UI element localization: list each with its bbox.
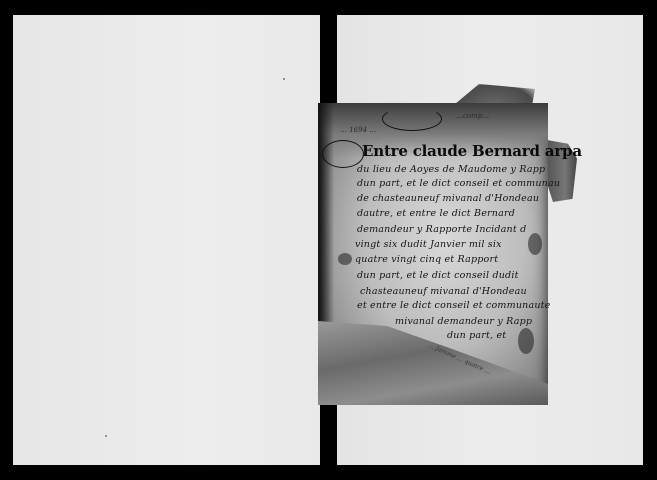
manuscript-line: dautre, et entre le dict Bernard — [357, 208, 515, 219]
torn-bottom-section — [318, 321, 548, 405]
manuscript-line: du lieu de Aoyes de Maudome y Rapp — [357, 164, 545, 175]
manuscript-title-line: Entre claude Bernard arpa — [362, 142, 582, 160]
dust-speck — [105, 435, 107, 437]
manuscript-line: dun part, et le dict conseil et communau — [357, 178, 560, 189]
ink-stain — [518, 328, 534, 354]
header-note: …comp… — [456, 112, 489, 120]
manuscript-line: chasteauneuf mivanal d'Hondeau — [360, 286, 527, 297]
header-flourish — [382, 107, 442, 131]
manuscript-line: dun part, et le dict conseil dudit — [357, 270, 519, 281]
manuscript-line: et entre le dict conseil et communaute — [357, 300, 551, 311]
dust-speck — [283, 78, 285, 80]
ink-stain — [528, 233, 542, 255]
manuscript-line: de chasteauneuf mivanal d'Hondeau — [357, 193, 539, 204]
manuscript-line: vingt six dudit Janvier mil six — [355, 239, 502, 250]
manuscript-line: quatre vingt cinq et Rapport — [355, 254, 498, 265]
manuscript-line: demandeur y Rapporte Incidant d — [357, 224, 526, 235]
ink-stain — [338, 253, 352, 265]
left-blank-page — [13, 15, 320, 465]
manuscript-line: mivanal demandeur y Rapp — [395, 316, 532, 327]
manuscript-line: dun part, et — [447, 330, 506, 341]
header-note: … 1694 … — [340, 126, 376, 134]
